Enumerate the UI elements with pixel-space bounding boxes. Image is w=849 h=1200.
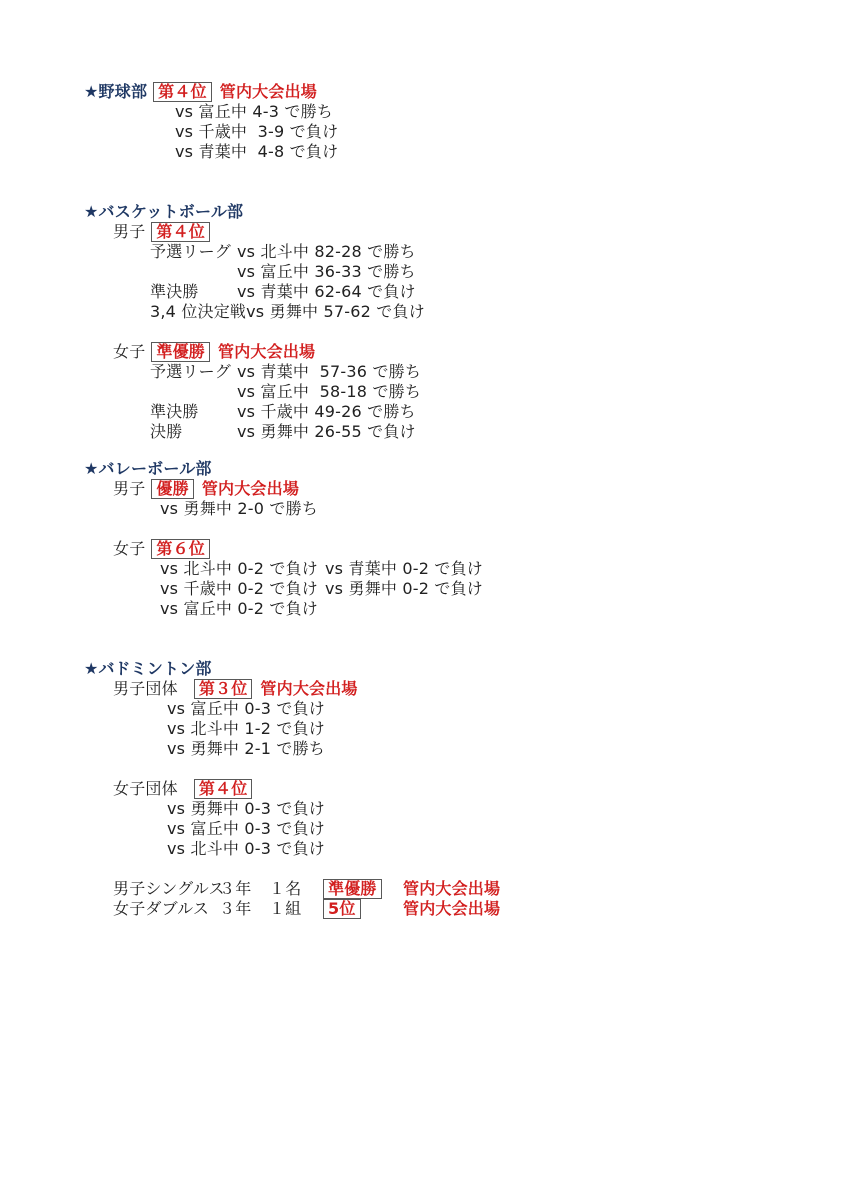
- round-result-line: vs 富丘中 58-18 で勝ち: [150, 382, 829, 402]
- group-label-line: 女子団体第４位: [113, 779, 829, 799]
- group-label: 女子: [113, 342, 145, 361]
- rank-badge: 第４位: [153, 82, 212, 102]
- section-title: ★野球部: [84, 82, 147, 101]
- section-heading-line: ★バスケットボール部: [84, 202, 829, 222]
- match-result: vs 千歳中 0-2 で負け: [160, 579, 325, 599]
- group-label: 女子: [113, 539, 145, 558]
- event-year: ３年: [219, 899, 269, 919]
- match-result-row: vs 富丘中 0-2 で負け: [160, 599, 829, 619]
- match-result-line: vs 北斗中 1-2 で負け: [167, 719, 829, 739]
- round-result-line: 準決勝vs 千歳中 49-26 で勝ち: [150, 402, 829, 422]
- qualifier-text: 管内大会出場: [218, 342, 315, 361]
- group-label-line: 男子第４位: [113, 222, 829, 242]
- match-result-row: vs 千歳中 0-2 で負けvs 勇舞中 0-2 で負け: [160, 579, 829, 599]
- match-result: vs 勇舞中 0-2 で負け: [325, 579, 483, 598]
- round-stage: 3,4 位決定戦: [150, 302, 246, 322]
- team-group: 女子団体第４位vs 勇舞中 0-3 で負けvs 富丘中 0-3 で負けvs 北斗…: [84, 779, 829, 859]
- rank-badge: 第４位: [151, 222, 210, 242]
- group-label: 男子: [113, 479, 145, 498]
- qualifier-text: 管内大会出場: [220, 82, 317, 101]
- match-result: vs 千歳中 49-26 で勝ち: [237, 402, 416, 421]
- match-result: vs 富丘中 0-2 で負け: [160, 599, 325, 619]
- event-year: ３年: [219, 879, 269, 899]
- section-title: ★バスケットボール部: [84, 202, 243, 221]
- event-rank-col: 準優勝: [323, 879, 403, 899]
- match-result: vs 勇舞中 26-55 で負け: [237, 422, 416, 441]
- group-label: 女子団体: [113, 779, 178, 798]
- round-result-line: 決勝vs 勇舞中 26-55 で負け: [150, 422, 829, 442]
- match-result-line: vs 北斗中 0-3 で負け: [167, 839, 829, 859]
- event-rank-col: 5位: [323, 899, 403, 919]
- qualifier-text: 管内大会出場: [202, 479, 299, 498]
- individual-event-row: 男子シングルス３年１名準優勝管内大会出場: [113, 879, 829, 899]
- team-group: 男子団体第３位管内大会出場vs 富丘中 0-3 で負けvs 北斗中 1-2 で負…: [84, 679, 829, 759]
- group-label-line: 男子優勝管内大会出場: [113, 479, 829, 499]
- group-label-line: 男子団体第３位管内大会出場: [113, 679, 829, 699]
- match-result: vs 青葉中 0-2 で負け: [325, 559, 483, 578]
- rank-badge: 第４位: [194, 779, 253, 799]
- team-group: vs 富丘中 4-3 で勝ちvs 千歳中 3-9 で負けvs 青葉中 4-8 で…: [84, 102, 829, 162]
- match-result: vs 北斗中 0-2 で負け: [160, 559, 325, 579]
- club-results-document: ★野球部第４位管内大会出場vs 富丘中 4-3 で勝ちvs 千歳中 3-9 で負…: [0, 0, 849, 1200]
- rank-badge: 準優勝: [323, 879, 382, 899]
- round-stage: 予選リーグ: [150, 242, 237, 262]
- match-result-row: vs 北斗中 0-2 で負けvs 青葉中 0-2 で負け: [160, 559, 829, 579]
- individual-event-row: 女子ダブルス３年１組5位管内大会出場: [113, 899, 829, 919]
- match-result-line: vs 千歳中 3-9 で負け: [175, 122, 829, 142]
- round-result-line: 準決勝vs 青葉中 62-64 で負け: [150, 282, 829, 302]
- round-stage: 予選リーグ: [150, 362, 237, 382]
- group-label-line: 女子第６位: [113, 539, 829, 559]
- qualifier-text: 管内大会出場: [403, 899, 500, 918]
- section-heading-line: ★バレーボール部: [84, 459, 829, 479]
- match-result-line: vs 富丘中 0-3 で負け: [167, 699, 829, 719]
- match-result-line: vs 勇舞中 2-1 で勝ち: [167, 739, 829, 759]
- group-label: 男子団体: [113, 679, 178, 698]
- rank-badge: 優勝: [151, 479, 193, 499]
- section-title: ★バレーボール部: [84, 459, 212, 478]
- match-result: vs 青葉中 57-36 で勝ち: [237, 362, 421, 381]
- round-result-line: 予選リーグvs 青葉中 57-36 で勝ち: [150, 362, 829, 382]
- event-entry: １名: [269, 879, 323, 899]
- round-stage: 準決勝: [150, 402, 237, 422]
- qualifier-text: 管内大会出場: [403, 879, 500, 898]
- team-group: 女子第６位vs 北斗中 0-2 で負けvs 青葉中 0-2 で負けvs 千歳中 …: [84, 539, 829, 619]
- rank-badge: 第６位: [151, 539, 210, 559]
- round-result-line: vs 富丘中 36-33 で勝ち: [150, 262, 829, 282]
- event-entry: １組: [269, 899, 323, 919]
- team-group: 男子第４位予選リーグvs 北斗中 82-28 で勝ちvs 富丘中 36-33 で…: [84, 222, 829, 322]
- match-result-line: vs 富丘中 0-3 で負け: [167, 819, 829, 839]
- match-result: vs 富丘中 36-33 で勝ち: [237, 262, 416, 281]
- rank-badge: 第３位: [194, 679, 253, 699]
- round-stage: 準決勝: [150, 282, 237, 302]
- qualifier-text: 管内大会出場: [260, 679, 357, 698]
- match-result-line: vs 勇舞中 0-3 で負け: [167, 799, 829, 819]
- match-result: vs 富丘中 58-18 で勝ち: [237, 382, 421, 401]
- individual-events: 男子シングルス３年１名準優勝管内大会出場女子ダブルス３年１組5位管内大会出場: [84, 879, 829, 919]
- match-result: vs 北斗中 82-28 で勝ち: [237, 242, 416, 261]
- match-result-line: vs 青葉中 4-8 で負け: [175, 142, 829, 162]
- round-result-line: 3,4 位決定戦vs 勇舞中 57-62 で負け: [150, 302, 829, 322]
- section-badminton: ★バドミントン部男子団体第３位管内大会出場vs 富丘中 0-3 で負けvs 北斗…: [84, 659, 829, 919]
- round-stage: 決勝: [150, 422, 237, 442]
- team-group: 女子準優勝管内大会出場予選リーグvs 青葉中 57-36 で勝ちvs 富丘中 5…: [84, 342, 829, 442]
- group-label-line: 女子準優勝管内大会出場: [113, 342, 829, 362]
- team-group: 男子優勝管内大会出場vs 勇舞中 2-0 で勝ち: [84, 479, 829, 519]
- section-baseball: ★野球部第４位管内大会出場vs 富丘中 4-3 で勝ちvs 千歳中 3-9 で負…: [84, 82, 829, 162]
- section-heading-line: ★野球部第４位管内大会出場: [84, 82, 829, 102]
- match-result-line: vs 勇舞中 2-0 で勝ち: [160, 499, 829, 519]
- section-basketball: ★バスケットボール部男子第４位予選リーグvs 北斗中 82-28 で勝ちvs 富…: [84, 202, 829, 442]
- match-result: vs 青葉中 62-64 で負け: [237, 282, 416, 301]
- rank-badge: 準優勝: [151, 342, 210, 362]
- section-volleyball: ★バレーボール部男子優勝管内大会出場vs 勇舞中 2-0 で勝ち女子第６位vs …: [84, 459, 829, 619]
- group-label: 男子: [113, 222, 145, 241]
- section-heading-line: ★バドミントン部: [84, 659, 829, 679]
- section-title: ★バドミントン部: [84, 659, 212, 678]
- rank-badge: 5位: [323, 899, 361, 919]
- match-result: vs 勇舞中 57-62 で負け: [246, 302, 425, 321]
- round-result-line: 予選リーグvs 北斗中 82-28 で勝ち: [150, 242, 829, 262]
- event-name: 女子ダブルス: [113, 899, 219, 919]
- match-result-line: vs 富丘中 4-3 で勝ち: [175, 102, 829, 122]
- event-name: 男子シングルス: [113, 879, 219, 899]
